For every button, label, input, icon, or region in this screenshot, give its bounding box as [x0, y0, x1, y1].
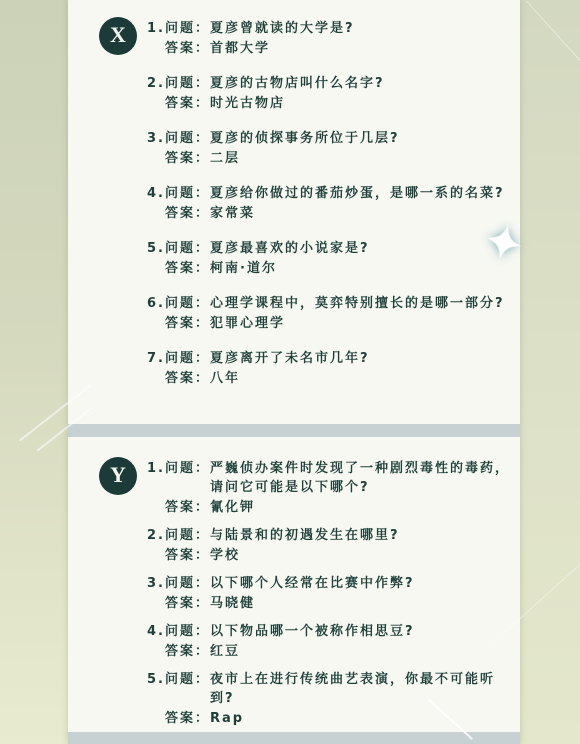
answer-row: 答案： 时光古物店 — [143, 94, 514, 113]
section-y-badge-letter: Y — [110, 464, 126, 486]
answer-text: 家常菜 — [210, 204, 514, 223]
answer-text: Rap — [210, 709, 514, 728]
question-row: 3.问题： 以下哪个人经常在比赛中作弊? — [143, 574, 514, 593]
question-label: 1.问题： — [143, 19, 210, 38]
section-y-badge: Y — [99, 457, 137, 495]
answer-row: 答案： 柯南·道尔 — [143, 259, 514, 278]
question-label: 4.问题： — [143, 622, 210, 641]
answer-row: 答案： 家常菜 — [143, 204, 514, 223]
qa-item: 4.问题： 夏彦给你做过的番茄炒蛋，是哪一系的名菜? 答案： 家常菜 — [143, 184, 514, 223]
right-green-band — [520, 0, 580, 744]
answer-row: 答案： Rap — [143, 709, 514, 728]
question-label: 4.问题： — [143, 184, 210, 203]
qa-item: 3.问题： 夏彦的侦探事务所位于几层? 答案： 二层 — [143, 129, 514, 168]
answer-row: 答案： 八年 — [143, 369, 514, 388]
answer-text: 首都大学 — [210, 39, 514, 58]
question-row: 4.问题： 夏彦给你做过的番茄炒蛋，是哪一系的名菜? — [143, 184, 514, 203]
question-label: 5.问题： — [143, 239, 210, 258]
section-x: X 1.问题： 夏彦曾就读的大学是? 答案： 首都大学 2.问题： 夏彦的古物店… — [68, 17, 520, 404]
answer-label: 答案： — [143, 546, 210, 565]
question-row: 2.问题： 夏彦的古物店叫什么名字? — [143, 74, 514, 93]
section-divider — [68, 424, 520, 437]
section-x-badge-letter: X — [110, 24, 126, 46]
answer-text: 氰化钾 — [210, 498, 514, 517]
answer-label: 答案： — [143, 259, 210, 278]
qa-item: 6.问题： 心理学课程中，莫弈特别擅长的是哪一部分? 答案： 犯罪心理学 — [143, 294, 514, 333]
content-panel: X 1.问题： 夏彦曾就读的大学是? 答案： 首都大学 2.问题： 夏彦的古物店… — [68, 0, 520, 744]
answer-label: 答案： — [143, 642, 210, 661]
screen: X 1.问题： 夏彦曾就读的大学是? 答案： 首都大学 2.问题： 夏彦的古物店… — [0, 0, 580, 744]
answer-text: 柯南·道尔 — [210, 259, 514, 278]
question-label: 6.问题： — [143, 294, 210, 313]
qa-item: 5.问题： 夜市上在进行传统曲艺表演，你最不可能听到? 答案： Rap — [143, 670, 514, 728]
answer-text: 学校 — [210, 546, 514, 565]
answer-label: 答案： — [143, 369, 210, 388]
question-row: 5.问题： 夜市上在进行传统曲艺表演，你最不可能听到? — [143, 670, 514, 708]
answer-label: 答案： — [143, 94, 210, 113]
question-label: 2.问题： — [143, 74, 210, 93]
question-label: 5.问题： — [143, 670, 210, 689]
question-text: 夏彦的侦探事务所位于几层? — [210, 129, 514, 148]
qa-item: 4.问题： 以下物品哪一个被称作相思豆? 答案： 红豆 — [143, 622, 514, 661]
question-label: 3.问题： — [143, 129, 210, 148]
question-text: 与陆景和的初遇发生在哪里? — [210, 526, 514, 545]
question-text: 以下物品哪一个被称作相思豆? — [210, 622, 514, 641]
qa-item: 5.问题： 夏彦最喜欢的小说家是? 答案： 柯南·道尔 — [143, 239, 514, 278]
answer-row: 答案： 氰化钾 — [143, 498, 514, 517]
answer-row: 答案： 红豆 — [143, 642, 514, 661]
answer-row: 答案： 二层 — [143, 149, 514, 168]
answer-text: 马晓健 — [210, 594, 514, 613]
question-row: 5.问题： 夏彦最喜欢的小说家是? — [143, 239, 514, 258]
question-text: 严巍侦办案件时发现了一种剧烈毒性的毒药，请问它可能是以下哪个? — [210, 459, 514, 497]
qa-item: 2.问题： 与陆景和的初遇发生在哪里? 答案： 学校 — [143, 526, 514, 565]
left-green-band — [0, 0, 68, 744]
answer-label: 答案： — [143, 594, 210, 613]
answer-label: 答案： — [143, 204, 210, 223]
qa-item: 1.问题： 夏彦曾就读的大学是? 答案： 首都大学 — [143, 19, 514, 58]
qa-item: 7.问题： 夏彦离开了未名市几年? 答案： 八年 — [143, 349, 514, 388]
answer-row: 答案： 马晓健 — [143, 594, 514, 613]
bottom-divider — [68, 732, 520, 744]
question-label: 1.问题： — [143, 459, 210, 478]
answer-label: 答案： — [143, 498, 210, 517]
question-text: 夏彦给你做过的番茄炒蛋，是哪一系的名菜? — [210, 184, 514, 203]
section-y: Y 1.问题： 严巍侦办案件时发现了一种剧烈毒性的毒药，请问它可能是以下哪个? … — [68, 457, 520, 737]
qa-item: 3.问题： 以下哪个人经常在比赛中作弊? 答案： 马晓健 — [143, 574, 514, 613]
question-text: 心理学课程中，莫弈特别擅长的是哪一部分? — [210, 294, 514, 313]
answer-row: 答案： 首都大学 — [143, 39, 514, 58]
qa-item: 2.问题： 夏彦的古物店叫什么名字? 答案： 时光古物店 — [143, 74, 514, 113]
question-row: 7.问题： 夏彦离开了未名市几年? — [143, 349, 514, 368]
question-row: 2.问题： 与陆景和的初遇发生在哪里? — [143, 526, 514, 545]
question-text: 夏彦的古物店叫什么名字? — [210, 74, 514, 93]
answer-label: 答案： — [143, 314, 210, 333]
question-text: 夏彦最喜欢的小说家是? — [210, 239, 514, 258]
qa-item: 1.问题： 严巍侦办案件时发现了一种剧烈毒性的毒药，请问它可能是以下哪个? 答案… — [143, 459, 514, 517]
section-x-qa-list: 1.问题： 夏彦曾就读的大学是? 答案： 首都大学 2.问题： 夏彦的古物店叫什… — [143, 17, 514, 404]
answer-text: 犯罪心理学 — [210, 314, 514, 333]
answer-text: 八年 — [210, 369, 514, 388]
question-row: 4.问题： 以下物品哪一个被称作相思豆? — [143, 622, 514, 641]
section-y-qa-list: 1.问题： 严巍侦办案件时发现了一种剧烈毒性的毒药，请问它可能是以下哪个? 答案… — [143, 457, 514, 737]
answer-text: 时光古物店 — [210, 94, 514, 113]
question-row: 6.问题： 心理学课程中，莫弈特别擅长的是哪一部分? — [143, 294, 514, 313]
answer-row: 答案： 犯罪心理学 — [143, 314, 514, 333]
question-row: 1.问题： 夏彦曾就读的大学是? — [143, 19, 514, 38]
question-text: 夏彦离开了未名市几年? — [210, 349, 514, 368]
question-label: 2.问题： — [143, 526, 210, 545]
question-text: 夏彦曾就读的大学是? — [210, 19, 514, 38]
answer-label: 答案： — [143, 709, 210, 728]
question-row: 1.问题： 严巍侦办案件时发现了一种剧烈毒性的毒药，请问它可能是以下哪个? — [143, 459, 514, 497]
section-x-badge: X — [99, 17, 137, 55]
answer-row: 答案： 学校 — [143, 546, 514, 565]
answer-label: 答案： — [143, 149, 210, 168]
answer-text: 红豆 — [210, 642, 514, 661]
answer-label: 答案： — [143, 39, 210, 58]
question-row: 3.问题： 夏彦的侦探事务所位于几层? — [143, 129, 514, 148]
answer-text: 二层 — [210, 149, 514, 168]
question-text: 夜市上在进行传统曲艺表演，你最不可能听到? — [210, 670, 514, 708]
question-label: 7.问题： — [143, 349, 210, 368]
question-text: 以下哪个人经常在比赛中作弊? — [210, 574, 514, 593]
question-label: 3.问题： — [143, 574, 210, 593]
